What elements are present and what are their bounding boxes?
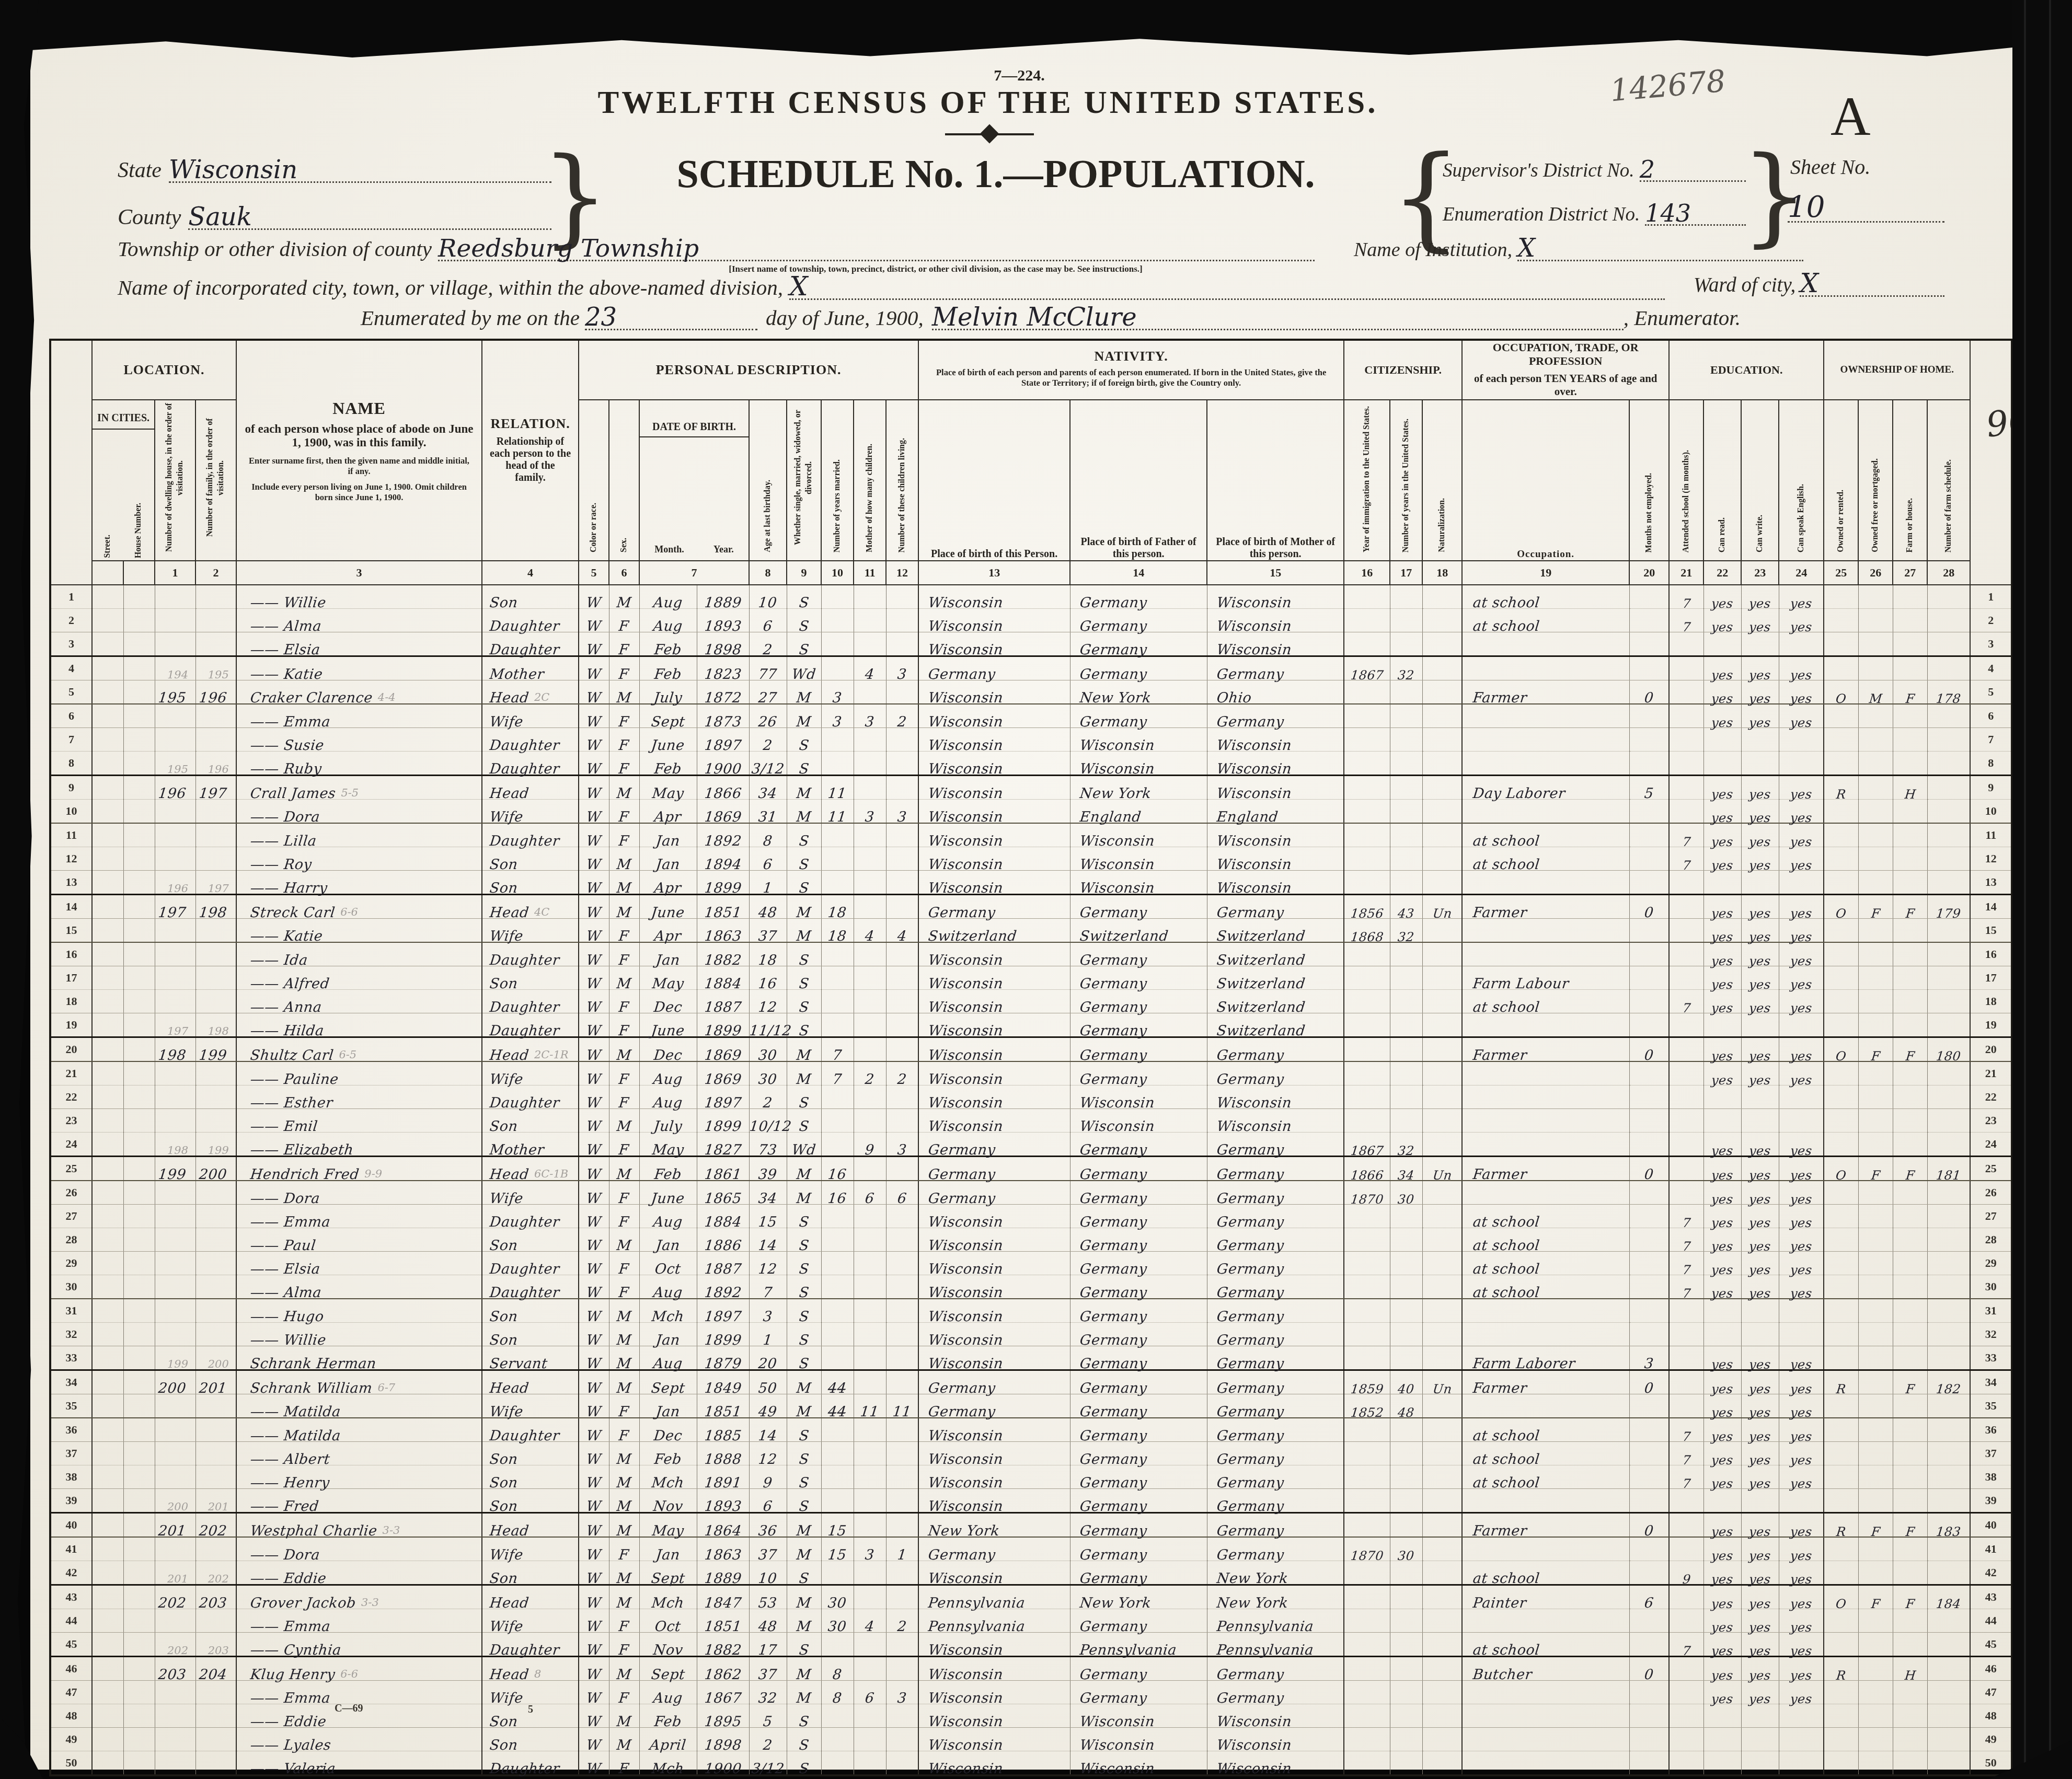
row-number-right: 14 [1970, 895, 2012, 919]
cell-house-number [123, 1465, 155, 1489]
cell-street [92, 919, 123, 943]
cell-birthplace-person: Wisconsin [918, 871, 1070, 895]
cell-birth-month: Feb [639, 1442, 697, 1465]
cell-house-number [123, 1133, 155, 1157]
cell-birth-year: 1897 [697, 728, 749, 752]
cell-years-married: 16 [821, 1181, 854, 1205]
cell-sex: M [609, 895, 639, 919]
cell-marital-status: S [787, 609, 821, 632]
cell-owned-rented [1824, 752, 1858, 776]
cell-immigration-year [1344, 871, 1390, 895]
cell-relation: Daughter [482, 728, 579, 752]
occupation-group-desc: of each person TEN YEARS of age and over… [1463, 368, 1668, 399]
cell-marital-status: S [787, 966, 821, 990]
cell-birth-year: 1823 [697, 656, 749, 680]
cell-speak-english: yes [1779, 1370, 1824, 1394]
cell-can-read: yes [1703, 895, 1741, 919]
colnum-10: 10 [821, 561, 854, 585]
cell-color-race: W [579, 1299, 609, 1323]
cell-name: Klug Henry6-6 [236, 1657, 482, 1681]
cell-sex: F [609, 704, 639, 728]
cell-birth-year: 1884 [697, 1205, 749, 1228]
cell-birthplace-person: Germany [918, 895, 1070, 919]
colnum-13: 13 [918, 561, 1070, 585]
cell-dwelling-number: 198 [155, 1037, 195, 1062]
cell-years-married [821, 942, 854, 966]
cell-naturalization [1422, 800, 1462, 824]
cell-birthplace-father: Germany [1070, 1442, 1207, 1465]
cell-naturalization [1422, 609, 1462, 632]
dwelling-col-header: Number of dwelling house, in the order o… [155, 400, 195, 561]
row-number-left: 34 [50, 1370, 92, 1394]
cell-owned-rented: R [1824, 1657, 1858, 1681]
cell-speak-english: yes [1779, 1633, 1824, 1657]
cell-color-race: W [579, 752, 609, 776]
cell-occupation [1462, 704, 1629, 728]
cell-relation: Head2C-1R [482, 1037, 579, 1062]
cell-age: 50 [749, 1370, 787, 1394]
cell-farm-schedule: 180 [1927, 1037, 1970, 1062]
cell-birth-year: 1863 [697, 1537, 749, 1561]
cell-owned-rented: O [1824, 1585, 1858, 1609]
cell-birthplace-father: Germany [1070, 1418, 1207, 1442]
cell-name: —— Susie [236, 728, 482, 752]
cell-birthplace-mother: Wisconsin [1207, 1751, 1344, 1776]
cell-can-read: yes [1703, 1465, 1741, 1489]
cell-birth-month: June [639, 1013, 697, 1037]
cell-age: 6 [749, 609, 787, 632]
cell-free-mortgaged [1858, 728, 1893, 752]
colnum-27: 27 [1893, 561, 1927, 585]
cell-farm-schedule [1927, 1418, 1970, 1442]
cell-birthplace-father: Wisconsin [1070, 1085, 1207, 1109]
cell-free-mortgaged [1858, 1252, 1893, 1275]
cell-birth-year: 1865 [697, 1181, 749, 1205]
cell-farm-schedule [1927, 800, 1970, 824]
enumeration-district-label: Enumeration District No. [1443, 203, 1640, 226]
in-cities-header: IN CITIES. Street. House Number. [92, 400, 155, 561]
cell-birth-month: Jan [639, 823, 697, 847]
cell-name: —— Fred [236, 1489, 482, 1513]
cell-sex: F [609, 728, 639, 752]
cell-owned-rented [1824, 585, 1858, 609]
cell-age: 7 [749, 1275, 787, 1299]
cell-immigration-year [1344, 1228, 1390, 1252]
row-number-right: 45 [1970, 1633, 2012, 1657]
cell-owned-rented [1824, 1537, 1858, 1561]
row-number-left: 39 [50, 1489, 92, 1513]
row-number-right: 20 [1970, 1037, 2012, 1062]
cell-owned-rented [1824, 1299, 1858, 1323]
cell-naturalization [1422, 1109, 1462, 1133]
cell-birthplace-father: Wisconsin [1070, 728, 1207, 752]
cell-age: 6 [749, 1489, 787, 1513]
cell-relation: Son [482, 871, 579, 895]
cell-months-not-employed [1629, 752, 1669, 776]
cell-farm-house [1893, 1133, 1927, 1157]
cell-can-write [1741, 632, 1779, 656]
cell-birth-month: Apr [639, 871, 697, 895]
cell-speak-english: yes [1779, 656, 1824, 680]
row-number-left: 38 [50, 1465, 92, 1489]
row-number-left: 5 [50, 680, 92, 704]
cell-can-write: yes [1741, 1657, 1779, 1681]
free-mortgaged-col-header: Owned free or mortgaged. [1858, 400, 1893, 561]
cell-naturalization: Un [1422, 1370, 1462, 1394]
cell-can-read: yes [1703, 1633, 1741, 1657]
cell-dwelling-number: 196 [155, 871, 195, 895]
cell-age: 9 [749, 1465, 787, 1489]
row-number-right: 19 [1970, 1013, 2012, 1037]
cell-years-married: 8 [821, 1681, 854, 1704]
cell-children-living [886, 847, 918, 871]
cell-years-married: 4̶4̶ [821, 1394, 854, 1418]
cell-family-number: 204 [195, 1657, 236, 1681]
cell-birthplace-father: Wisconsin [1070, 1751, 1207, 1776]
row-number-left: 10 [50, 800, 92, 824]
cell-children-living: 3 [886, 656, 918, 680]
state-value: Wisconsin [169, 155, 297, 184]
cell-years-in-us [1390, 1252, 1422, 1275]
row-number-right: 28 [1970, 1228, 2012, 1252]
cell-marital-status: S [787, 1465, 821, 1489]
cell-farm-house [1893, 585, 1927, 609]
children-living-col-header: Number of these children living. [886, 400, 918, 561]
cell-dwelling-number [155, 1275, 195, 1299]
cell-can-read: yes [1703, 1228, 1741, 1252]
cell-months-not-employed [1629, 847, 1669, 871]
cell-months-not-employed [1629, 1681, 1669, 1704]
cell-street [92, 800, 123, 824]
cell-immigration-year: 1852 [1344, 1394, 1390, 1418]
cell-naturalization [1422, 966, 1462, 990]
cell-birth-year: 1893 [697, 609, 749, 632]
cell-birth-month: Jan [639, 1537, 697, 1561]
cell-birthplace-father: Germany [1070, 1394, 1207, 1418]
relation-group-title: RELATION. [482, 416, 578, 432]
cell-can-write: yes [1741, 1681, 1779, 1704]
cell-immigration-year [1344, 1585, 1390, 1609]
cell-mother-of-children: 3 [854, 1537, 886, 1561]
row-number-left: 35 [50, 1394, 92, 1418]
row-number-right: 39 [1970, 1489, 2012, 1513]
colnum-23: 23 [1741, 561, 1779, 585]
cell-name: —— Pauline [236, 1061, 482, 1085]
row-number-left: 19 [50, 1013, 92, 1037]
cell-years-in-us: 32 [1390, 919, 1422, 943]
occupation-group-header: OCCUPATION, TRADE, OR PROFESSION of each… [1462, 340, 1669, 400]
colnum-25: 25 [1824, 561, 1858, 585]
cell-sex: F [609, 1061, 639, 1085]
row-number-right: 43 [1970, 1585, 2012, 1609]
table-row: 40 201 202 Westphal Charlie3-3 Head W M … [50, 1513, 2012, 1538]
cell-years-in-us [1390, 1489, 1422, 1513]
relation-group-desc: Relationship of each person to the head … [482, 432, 578, 485]
name-group-note2: Include every person living on June 1, 1… [237, 477, 481, 503]
form-footer-page-mark: 5 [528, 1704, 533, 1716]
cell-birth-month: Feb [639, 632, 697, 656]
cell-house-number [123, 1228, 155, 1252]
row-number-right: 22 [1970, 1085, 2012, 1109]
cell-months-not-employed [1629, 1013, 1669, 1037]
row-number-right: 38 [1970, 1465, 2012, 1489]
cell-birth-month: Aug [639, 1205, 697, 1228]
row-number-right: 32 [1970, 1323, 2012, 1346]
cell-immigration-year [1344, 1513, 1390, 1538]
cell-marital-status: Wd [787, 656, 821, 680]
cell-dwelling-number [155, 1061, 195, 1085]
cell-immigration-year [1344, 1561, 1390, 1585]
cell-family-number: 203 [195, 1633, 236, 1657]
cell-can-write: yes [1741, 966, 1779, 990]
cell-house-number [123, 1633, 155, 1657]
cell-birth-year: 1869 [697, 1037, 749, 1062]
cell-months-not-employed [1629, 1489, 1669, 1513]
cell-street [92, 1181, 123, 1205]
table-row: 38 —— Henry Son W M Mch 1891 9 S Wiscons… [50, 1465, 2012, 1489]
cell-can-write [1741, 1704, 1779, 1728]
cell-mother-of-children: 11 [854, 1394, 886, 1418]
cell-color-race: W [579, 847, 609, 871]
cell-marital-status: M [787, 776, 821, 800]
years-in-us-col-header: Number of years in the United States. [1390, 400, 1422, 561]
cell-free-mortgaged [1858, 1465, 1893, 1489]
cell-birthplace-mother: Germany [1207, 1657, 1344, 1681]
cell-farm-house: F [1893, 895, 1927, 919]
cell-birth-month: Aug [639, 585, 697, 609]
cell-relation: Wife [482, 1394, 579, 1418]
cell-children-living [886, 728, 918, 752]
cell-color-race: W [579, 1394, 609, 1418]
cell-family-number [195, 800, 236, 824]
cell-name: —— Alma [236, 1275, 482, 1299]
cell-dwelling-number [155, 1681, 195, 1704]
cell-farm-house [1893, 1704, 1927, 1728]
cell-street [92, 1465, 123, 1489]
cell-marital-status: S [787, 752, 821, 776]
nativity-group-desc: Place of birth of each person and parent… [919, 364, 1343, 391]
cell-age: 12 [749, 1252, 787, 1275]
cell-birthplace-person: Wisconsin [918, 1704, 1070, 1728]
cell-color-race: W [579, 1465, 609, 1489]
cell-occupation: Farmer [1462, 680, 1629, 704]
cell-mother-of-children [854, 990, 886, 1013]
cell-family-number [195, 1537, 236, 1561]
cell-marital-status: S [787, 1346, 821, 1370]
cell-farm-house: F [1893, 680, 1927, 704]
cell-can-write: yes [1741, 800, 1779, 824]
cell-owned-rented [1824, 823, 1858, 847]
cell-family-number: 201 [195, 1370, 236, 1394]
cell-farm-schedule [1927, 1109, 1970, 1133]
name-group-note1: Enter surname first, then the given name… [237, 450, 481, 477]
row-number-left: 27 [50, 1205, 92, 1228]
cell-speak-english [1779, 632, 1824, 656]
table-row: 8 195 196 —— Ruby Daughter W F Feb 1900 … [50, 752, 2012, 776]
cell-owned-rented: R [1824, 1370, 1858, 1394]
row-number-right: 33 [1970, 1346, 2012, 1370]
table-row: 25 199 200 Hendrich Fred9-9 Head6C-1B W … [50, 1157, 2012, 1181]
cell-farm-schedule [1927, 1657, 1970, 1681]
cell-birthplace-father: Germany [1070, 1609, 1207, 1633]
cell-dwelling-number: 199 [155, 1346, 195, 1370]
cell-children-living [886, 1418, 918, 1442]
cell-sex: M [609, 680, 639, 704]
cell-relation: Son [482, 1728, 579, 1751]
cell-free-mortgaged [1858, 1537, 1893, 1561]
cell-attended-school: 7 [1669, 609, 1703, 632]
cell-can-write: yes [1741, 776, 1779, 800]
cell-immigration-year [1344, 680, 1390, 704]
cell-marital-status: M [787, 1394, 821, 1418]
cell-naturalization: Un [1422, 1157, 1462, 1181]
census-body: 1 —— Willie Son W M Aug 1889 10 S Wiscon… [50, 585, 2012, 1775]
cell-can-write: yes [1741, 895, 1779, 919]
cell-name: —— Anna [236, 990, 482, 1013]
cell-months-not-employed [1629, 1275, 1669, 1299]
table-row: 43 202 203 Grover Jackob3-3 Head W M Mch… [50, 1585, 2012, 1609]
cell-birthplace-mother: Wisconsin [1207, 1728, 1344, 1751]
cell-name: —— Willie [236, 1323, 482, 1346]
date-of-birth-header: DATE OF BIRTH. Month. Year. [639, 400, 749, 561]
cell-birth-year: 1897 [697, 1085, 749, 1109]
township-line: Township or other division of county Ree… [118, 230, 1315, 261]
state-line: State Wisconsin [118, 149, 551, 183]
cell-birthplace-person: Wisconsin [918, 1657, 1070, 1681]
cell-age: 30 [749, 1037, 787, 1062]
cell-house-number [123, 1370, 155, 1394]
row-number-left: 28 [50, 1228, 92, 1252]
cell-immigration-year [1344, 1275, 1390, 1299]
cell-attended-school: 7 [1669, 1205, 1703, 1228]
cell-occupation: at school [1462, 1228, 1629, 1252]
cell-name: Shultz Carl6-5 [236, 1037, 482, 1062]
institution-line: Name of Institution, X [1354, 232, 1803, 261]
cell-family-number: 203 [195, 1585, 236, 1609]
cell-occupation [1462, 1109, 1629, 1133]
cell-age: 49 [749, 1394, 787, 1418]
cell-street [92, 1061, 123, 1085]
cell-house-number [123, 776, 155, 800]
cell-house-number [123, 1489, 155, 1513]
cell-immigration-year [1344, 1037, 1390, 1062]
cell-birthplace-person: Wisconsin [918, 847, 1070, 871]
row-number-left: 2 [50, 609, 92, 632]
cell-can-write: yes [1741, 1275, 1779, 1299]
cell-attended-school [1669, 1370, 1703, 1394]
dwelling-col-label: Number of dwelling house, in the order o… [164, 401, 186, 555]
cell-months-not-employed [1629, 871, 1669, 895]
cell-family-number [195, 1299, 236, 1323]
cell-years-married: 30 [821, 1609, 854, 1633]
cell-mother-of-children: 4 [854, 656, 886, 680]
cell-immigration-year: 1870 [1344, 1181, 1390, 1205]
page-title: TWELFTH CENSUS OF THE UNITED STATES. [450, 85, 1526, 121]
row-number-right: 13 [1970, 871, 2012, 895]
cell-owned-rented [1824, 1252, 1858, 1275]
cell-can-write: yes [1741, 1609, 1779, 1633]
cell-birthplace-father: Germany [1070, 632, 1207, 656]
cell-speak-english: yes [1779, 942, 1824, 966]
cell-attended-school [1669, 1346, 1703, 1370]
cell-birthplace-mother: Germany [1207, 1489, 1344, 1513]
cell-family-number: 196 [195, 680, 236, 704]
cell-months-not-employed [1629, 1061, 1669, 1085]
cell-owned-rented [1824, 1323, 1858, 1346]
cell-years-married [821, 752, 854, 776]
cell-speak-english: yes [1779, 1418, 1824, 1442]
cell-age: 53 [749, 1585, 787, 1609]
cell-sex: F [609, 1751, 639, 1776]
cell-birthplace-mother: Germany [1207, 1370, 1344, 1394]
cell-family-number [195, 632, 236, 656]
cell-free-mortgaged [1858, 1609, 1893, 1633]
row-number-right: 31 [1970, 1299, 2012, 1323]
cell-occupation: at school [1462, 1418, 1629, 1442]
family-col-header: Number of family, in the order of visita… [195, 400, 236, 561]
cell-months-not-employed: 0 [1629, 1037, 1669, 1062]
cell-family-number [195, 966, 236, 990]
table-row: 18 —— Anna Daughter W F Dec 1887 12 S Wi… [50, 990, 2012, 1013]
supervisor-district-line: Supervisor's District No. 2 [1443, 151, 1746, 182]
cell-dwelling-number: 195 [155, 752, 195, 776]
cell-sex: M [609, 1323, 639, 1346]
attended-school-col-label: Attended school (in months). [1681, 448, 1692, 555]
cell-house-number [123, 1537, 155, 1561]
cell-immigration-year [1344, 1299, 1390, 1323]
cell-color-race: W [579, 1609, 609, 1633]
colnum-28: 28 [1927, 561, 1970, 585]
cell-relation: Head8 [482, 1657, 579, 1681]
cell-street [92, 1442, 123, 1465]
cell-speak-english: yes [1779, 680, 1824, 704]
age-col-header: Age at last birthday. [749, 400, 787, 561]
cell-birthplace-father: Germany [1070, 1657, 1207, 1681]
cell-age: 1 [749, 871, 787, 895]
cell-birthplace-father: Germany [1070, 1513, 1207, 1538]
cell-farm-house [1893, 704, 1927, 728]
row-number-left: 43 [50, 1585, 92, 1609]
cell-months-not-employed [1629, 1133, 1669, 1157]
cell-birthplace-father: Germany [1070, 1228, 1207, 1252]
cell-speak-english [1779, 1085, 1824, 1109]
can-read-col-label: Can read. [1717, 515, 1728, 555]
form-footer-mark: C—69 [335, 1703, 363, 1715]
cell-name: —— Alma [236, 609, 482, 632]
cell-farm-house [1893, 1609, 1927, 1633]
cell-birth-year: 1863 [697, 919, 749, 943]
cell-house-number [123, 1513, 155, 1538]
colnum-street [92, 561, 123, 585]
cell-dwelling-number [155, 585, 195, 609]
cell-birthplace-mother: New York [1207, 1585, 1344, 1609]
cell-speak-english: yes [1779, 585, 1824, 609]
cell-street [92, 1228, 123, 1252]
table-row: 42 201 202 —— Eddie Son W M Sept 1889 10… [50, 1561, 2012, 1585]
cell-birthplace-person: Wisconsin [918, 776, 1070, 800]
cell-marital-status: S [787, 585, 821, 609]
cell-birthplace-mother: Germany [1207, 1323, 1344, 1346]
cell-months-not-employed [1629, 919, 1669, 943]
cell-attended-school: 9 [1669, 1561, 1703, 1585]
cell-birth-year: 1886 [697, 1228, 749, 1252]
cell-children-living [886, 752, 918, 776]
row-number-right: 41 [1970, 1537, 2012, 1561]
cell-birthplace-person: Wisconsin [918, 1346, 1070, 1370]
cell-birthplace-father: Wisconsin [1070, 752, 1207, 776]
cell-immigration-year [1344, 1728, 1390, 1751]
cell-marital-status: S [787, 942, 821, 966]
